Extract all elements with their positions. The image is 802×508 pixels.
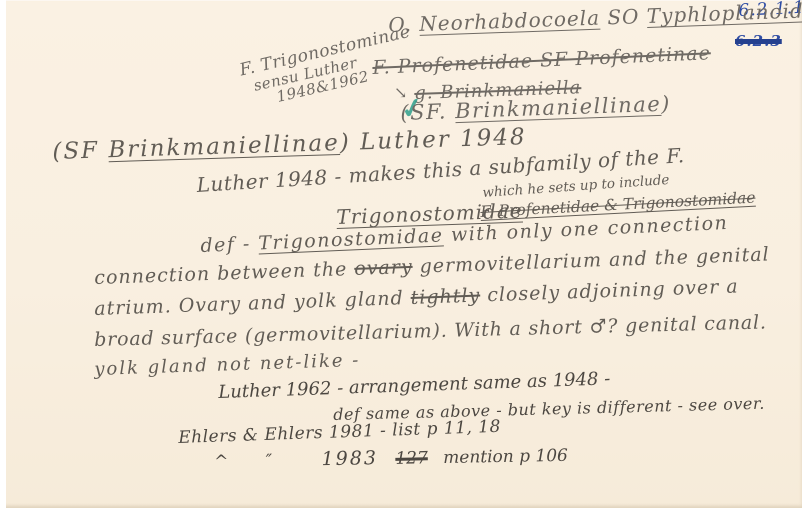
mention-page: mention p 106 bbox=[443, 446, 568, 468]
old-code-struck: 6.2.3 bbox=[735, 33, 782, 50]
body1-post: germovitellarium and the genital bbox=[419, 243, 770, 277]
suborder-name: Typhloplanoida bbox=[646, 0, 802, 28]
index-card: 6.2.1.1 O. Neorhabdocoela SO Typhloplano… bbox=[0, 0, 802, 508]
order-name: Neorhabdocoela bbox=[419, 6, 601, 36]
scan-edge bbox=[0, 0, 6, 508]
caret-mark: ^ bbox=[214, 452, 229, 472]
body1-pre: connection between the bbox=[94, 258, 348, 289]
paren-sf-open: (SF. bbox=[400, 99, 447, 125]
struck-page: 127 bbox=[395, 448, 428, 469]
ehlers-1983-ref: ^ ″ 1983 127 mention p 106 bbox=[214, 445, 568, 472]
sf-close: ) bbox=[339, 130, 351, 156]
header-taxon-line: O. Neorhabdocoela SO Typhloplanoida bbox=[388, 0, 802, 36]
body1-struck: ovary bbox=[354, 256, 413, 280]
body2-struck: tightly bbox=[410, 285, 480, 309]
paren-sf-close: ) bbox=[661, 92, 672, 116]
luther-1962-note: Luther 1962 - arrangement same as 1948 - bbox=[218, 369, 611, 402]
ditto-mark: ″ bbox=[266, 451, 273, 471]
def-family: Trigonostomidae bbox=[258, 224, 444, 254]
body2-pre: atrium. Ovary and yolk gland bbox=[94, 287, 404, 320]
sf-open: (SF bbox=[52, 138, 99, 165]
year-1983: 1983 bbox=[321, 447, 378, 470]
ehlers-1981-ref: Ehlers & Ehlers 1981 - list p 11, 18 bbox=[178, 418, 501, 448]
body-line-3: broad surface (germovitellarium). With a… bbox=[94, 312, 767, 350]
body2-post: closely adjoining over a bbox=[487, 276, 739, 307]
suborder-abbrev: SO bbox=[607, 4, 640, 29]
sf-name: Brinkmaniellinae bbox=[108, 130, 340, 163]
struck-family-line: F. Profenetidae SF Profenetinae bbox=[372, 43, 711, 79]
body-line-4: yolk gland not net-like - bbox=[94, 351, 361, 380]
sf-author: Luther 1948 bbox=[360, 124, 527, 155]
def-same-note: def same as above - but key is different… bbox=[333, 395, 765, 424]
def-label: def - bbox=[200, 233, 251, 257]
